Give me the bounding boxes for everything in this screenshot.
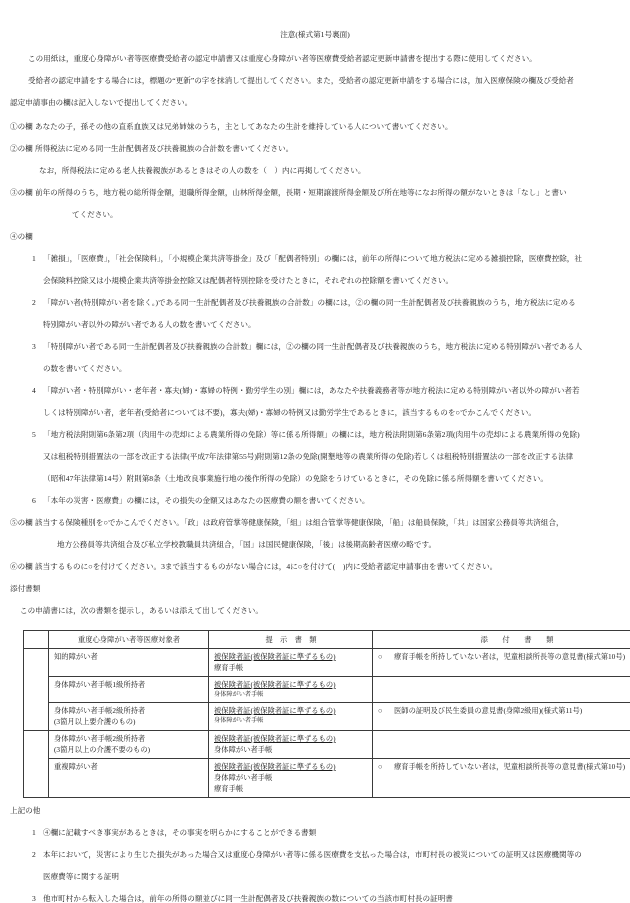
other-item-2: 2 本年において，災害により生じた損失があった場合又は重度心身障がい者等に係る医…	[10, 844, 620, 888]
other-item-2-line2: 医療費等に関する証明	[43, 866, 620, 888]
other-item-3-line1: 他市町村から転入した場合は，前年の所得の額並びに同一生計配偶者及び扶養親族の数に…	[43, 888, 620, 903]
table-header-row: 重度心身障がい者等医療対象者 提 示 書 類 添 付 書 類	[24, 631, 630, 649]
attachment-cell	[373, 731, 630, 759]
explanation-item-2: 2 「障がい者(特別障がい者を除く。)である同一生計配偶者及び扶養親族の合計数」…	[10, 292, 620, 336]
target-text: 身体障がい者手帳2級所持者	[54, 733, 204, 744]
attachment-cell: ○ 療育手帳を所持していない者は，児童相談所長等の意見書(様式第10号)	[373, 649, 630, 677]
attachment-cell: ○ 療育手帳を所持していない者は，児童相談所長等の意見書(様式第10号)	[373, 759, 630, 798]
others-heading: 上記の他	[10, 800, 620, 822]
header-documents: 提 示 書 類	[209, 631, 373, 649]
other-item-1-number: 1	[32, 822, 36, 844]
document-main: 被保険者証(被保険者証に準ずるもの)	[214, 761, 368, 772]
explanation-item-6: 6 「本年の災害・医療費」の欄には，その損失の金額又はあなたの医療費の額を書いて…	[10, 490, 620, 512]
documents-cell: 被保険者証(被保険者証に準ずるもの) 身体障がい者手帳	[209, 731, 373, 759]
explanation-item-6-line1: 「本年の災害・医療費」の欄には，その損失の金額又はあなたの医療費の額を書いてくだ…	[43, 490, 620, 512]
explanation-item-5-line3: （昭和47年法律第14号）附則第8条（土地改良事業施行地の後作所得の免除）の免除…	[43, 468, 620, 490]
explanation-item-3-line1: 「特別障がい者である同一生計配偶者及び扶養親族の合計数」欄には，②の欄の同一生計…	[43, 336, 620, 358]
table-row: 身体障がい者手帳2級所持者 (3箇月以上の介護不要のもの) 被保険者証(被保険者…	[24, 731, 630, 759]
document-main: 被保険者証(被保険者証に準ずるもの)	[214, 705, 368, 716]
target-text: 身体障がい者手帳2級所持者	[54, 705, 204, 716]
document-title: 注意(様式第1号裏面)	[10, 24, 620, 46]
explanation-item-2-line1: 「障がい者(特別障がい者を除く。)である同一生計配偶者及び扶養親族の合計数」の欄…	[43, 292, 620, 314]
other-item-3: 3 他市町村から転入した場合は，前年の所得の額並びに同一生計配偶者及び扶養親族の…	[10, 888, 620, 903]
document-main: 被保険者証(被保険者証に準ずるもの)	[214, 651, 368, 662]
document-page: 注意(様式第1号裏面) この用紙は，重度心身障がい者等医療費受給者の認定申請書又…	[0, 0, 630, 903]
explanation-item-5-number: 5	[32, 424, 36, 446]
intro-paragraph-2-line1: 受給者の認定申請をする場合には，標題の“更新”の字を抹消して提出してください。ま…	[10, 70, 620, 92]
document-main: 被保険者証(被保険者証に準ずるもの)	[214, 733, 368, 744]
field-note-1-label: ①の欄	[10, 116, 33, 138]
document-main: 被保険者証(被保険者証に準ずるもの)	[214, 679, 368, 690]
field-note-5-text-cont: 地方公務員等共済組合及び私立学校教職員共済組合，「国」は国民健康保険，「後」は後…	[57, 534, 620, 556]
documents-cell: 被保険者証(被保険者証に準ずるもの) 療育手帳	[209, 649, 373, 677]
table-row: 重複障がい者 被保険者証(被保険者証に準ずるもの) 身体障がい者手帳 療育手帳 …	[24, 759, 630, 798]
field-note-5-text: 該当する保険種別を○でかこんでください。「政」は政府管掌等健康保険，「組」は組合…	[35, 512, 620, 534]
table-row: 身体障がい者手帳2級所持者 (3箇月以上要介護のもの) 被保険者証(被保険者証に…	[24, 703, 630, 731]
spacer-cell	[24, 731, 49, 798]
header-target: 重度心身障がい者等医療対象者	[49, 631, 209, 649]
target-cell: 知的障がい者	[49, 649, 209, 677]
field-note-6-label: ⑥の欄	[10, 556, 33, 578]
explanation-item-2-number: 2	[32, 292, 36, 314]
attachment-text: 療育手帳を所持していない者は，児童相談所長等の意見書(様式第10号)	[394, 761, 630, 772]
attachment-cell	[373, 677, 630, 703]
target-text: 知的障がい者	[54, 651, 204, 662]
explanation-item-4-line1: 「障がい者・特別障がい・老年者・寡夫(婦)・寡婦の特例・勤労学生の別」欄には，あ…	[43, 380, 620, 402]
other-item-1-line1: ④欄に記載すべき事実があるときは，その事実を明らかにすることができる書類	[43, 822, 620, 844]
explanation-item-1-line1: 「雑損」，「医療費」，「社会保険料」，「小規模企業共済等掛金」及び「配偶者特別」…	[43, 248, 620, 270]
target-text-line2: (3箇月以上の介護不要のもの)	[54, 744, 204, 755]
field-note-5-label: ⑤の欄	[10, 512, 33, 534]
explanation-item-4-number: 4	[32, 380, 36, 402]
field-note-6-text: 該当するものに○を付けてください。3まで該当するものがない場合には，4に○を付け…	[35, 556, 620, 578]
documents-cell: 被保険者証(被保険者証に準ずるもの) 身体障がい者手帳	[209, 703, 373, 731]
other-item-2-number: 2	[32, 844, 36, 866]
table-row: 身体障がい者手帳1級所持者 被保険者証(被保険者証に準ずるもの) 身体障がい者手…	[24, 677, 630, 703]
document-sub: 身体障がい者手帳	[214, 744, 368, 755]
document-sub: 身体障がい者手帳	[214, 772, 368, 783]
target-cell: 身体障がい者手帳2級所持者 (3箇月以上要介護のもの)	[49, 703, 209, 731]
explanation-item-4-line2: しくは特別障がい者，老年者(受給者については不要)，寡夫(婦)・寡婦の特例又は勤…	[43, 402, 620, 424]
attachment-cell: ○ 医師の証明及び民生委員の意見書(身障2級用)(様式第11号)	[373, 703, 630, 731]
header-attachment: 添 付 書 類	[373, 631, 630, 649]
field-note-3-text: 前年の所得のうち，地方税の総所得金額，退職所得金額，山林所得金額，長期・短期譲渡…	[35, 182, 620, 204]
circle-mark: ○	[378, 705, 394, 716]
other-item-2-line1: 本年において，災害により生じた損失があった場合又は重度心身障がい者等に係る医療費…	[43, 844, 620, 866]
field-note-2-text: 所得税法に定める同一生計配偶者及び扶養親族の合計数を書いてください。	[35, 138, 620, 160]
explanation-item-3-number: 3	[32, 336, 36, 358]
explanation-item-6-number: 6	[32, 490, 36, 512]
explanation-item-1-line2: 会保険料控除又は小規模企業共済等掛金控除又は配偶者特別控除を受けたときに，それぞ…	[43, 270, 620, 292]
target-cell: 身体障がい者手帳2級所持者 (3箇月以上の介護不要のもの)	[49, 731, 209, 759]
attachments-intro: この申請書には，次の書類を提示し，あるいは添えて出してください。	[20, 600, 620, 622]
explanation-item-2-line2: 特別障がい者以外の障がい者である人の数を書いてください。	[43, 314, 620, 336]
explanation-item-5-line1: 「地方税法附則第6条第2項（肉用牛の売却による農業所得の免除）等に係る所得額」の…	[43, 424, 620, 446]
document-sub: 療育手帳	[214, 783, 368, 794]
attachments-heading: 添付書類	[10, 578, 620, 600]
field-note-3-text-cont: てください。	[72, 204, 620, 226]
target-cell: 重複障がい者	[49, 759, 209, 798]
documents-cell: 被保険者証(被保険者証に準ずるもの) 身体障がい者手帳 療育手帳	[209, 759, 373, 798]
other-item-1: 1 ④欄に記載すべき事実があるときは，その事実を明らかにすることができる書類	[10, 822, 620, 844]
field-note-2-label: ②の欄	[10, 138, 33, 160]
field-note-3: ③の欄 前年の所得のうち，地方税の総所得金額，退職所得金額，山林所得金額，長期・…	[10, 182, 620, 226]
intro-paragraph-2-line2: 認定申請事由の欄は記入しないで提出してください。	[10, 92, 620, 114]
target-text: 重複障がい者	[54, 761, 204, 772]
field-note-2: ②の欄 所得税法に定める同一生計配偶者及び扶養親族の合計数を書いてください。 な…	[10, 138, 620, 182]
document-sub: 身体障がい者手帳	[214, 716, 368, 725]
table-row: 知的障がい者 被保険者証(被保険者証に準ずるもの) 療育手帳 ○ 療育手帳を所持…	[24, 649, 630, 677]
field-note-4-label: ④の欄	[10, 226, 620, 248]
field-note-1: ①の欄 あなたの子，孫その他の直系血族又は兄弟姉妹のうち，主としてあなたの生計を…	[10, 116, 620, 138]
explanation-item-1: 1 「雑損」，「医療費」，「社会保険料」，「小規模企業共済等掛金」及び「配偶者特…	[10, 248, 620, 292]
target-cell: 身体障がい者手帳1級所持者	[49, 677, 209, 703]
document-sub: 身体障がい者手帳	[214, 690, 368, 699]
attachment-text: 医師の証明及び民生委員の意見書(身障2級用)(様式第11号)	[394, 705, 630, 716]
explanation-item-1-number: 1	[32, 248, 36, 270]
field-note-6: ⑥の欄 該当するものに○を付けてください。3まで該当するものがない場合には，4に…	[10, 556, 620, 578]
field-note-5: ⑤の欄 該当する保険種別を○でかこんでください。「政」は政府管掌等健康保険，「組…	[10, 512, 620, 556]
attachment-text: 療育手帳を所持していない者は，児童相談所長等の意見書(様式第10号)	[394, 651, 630, 662]
field-note-1-text: あなたの子，孫その他の直系血族又は兄弟姉妹のうち，主としてあなたの生計を維持して…	[35, 116, 620, 138]
field-note-3-label: ③の欄	[10, 182, 33, 204]
document-sub: 療育手帳	[214, 662, 368, 673]
explanation-item-5-line2: 又は租税特別措置法の一部を改正する法律(平成7年法律第55号)附則第12条の免除…	[43, 446, 620, 468]
header-spacer-cell	[24, 631, 49, 649]
explanation-item-5: 5 「地方税法附則第6条第2項（肉用牛の売却による農業所得の免除）等に係る所得額…	[10, 424, 620, 490]
other-item-3-number: 3	[32, 888, 36, 903]
circle-mark: ○	[378, 761, 394, 772]
explanation-item-3: 3 「特別障がい者である同一生計配偶者及び扶養親族の合計数」欄には，②の欄の同一…	[10, 336, 620, 380]
attachments-table: 重度心身障がい者等医療対象者 提 示 書 類 添 付 書 類 知的障がい者 被保…	[23, 630, 630, 798]
explanation-item-4: 4 「障がい者・特別障がい・老年者・寡夫(婦)・寡婦の特例・勤労学生の別」欄には…	[10, 380, 620, 424]
circle-mark: ○	[378, 651, 394, 662]
explanation-item-3-line2: の数を書いてください。	[43, 358, 620, 380]
documents-cell: 被保険者証(被保険者証に準ずるもの) 身体障がい者手帳	[209, 677, 373, 703]
intro-paragraph-1: この用紙は，重度心身障がい者等医療費受給者の認定申請書又は重度心身障がい者等医療…	[10, 48, 620, 70]
spacer-cell	[24, 649, 49, 731]
field-note-2-note: なお，所得税法に定める老人扶養親族があるときはその人の数を（ ）内に再掲してくだ…	[39, 160, 620, 182]
target-text-line2: (3箇月以上要介護のもの)	[54, 716, 204, 727]
target-text: 身体障がい者手帳1級所持者	[54, 679, 204, 690]
